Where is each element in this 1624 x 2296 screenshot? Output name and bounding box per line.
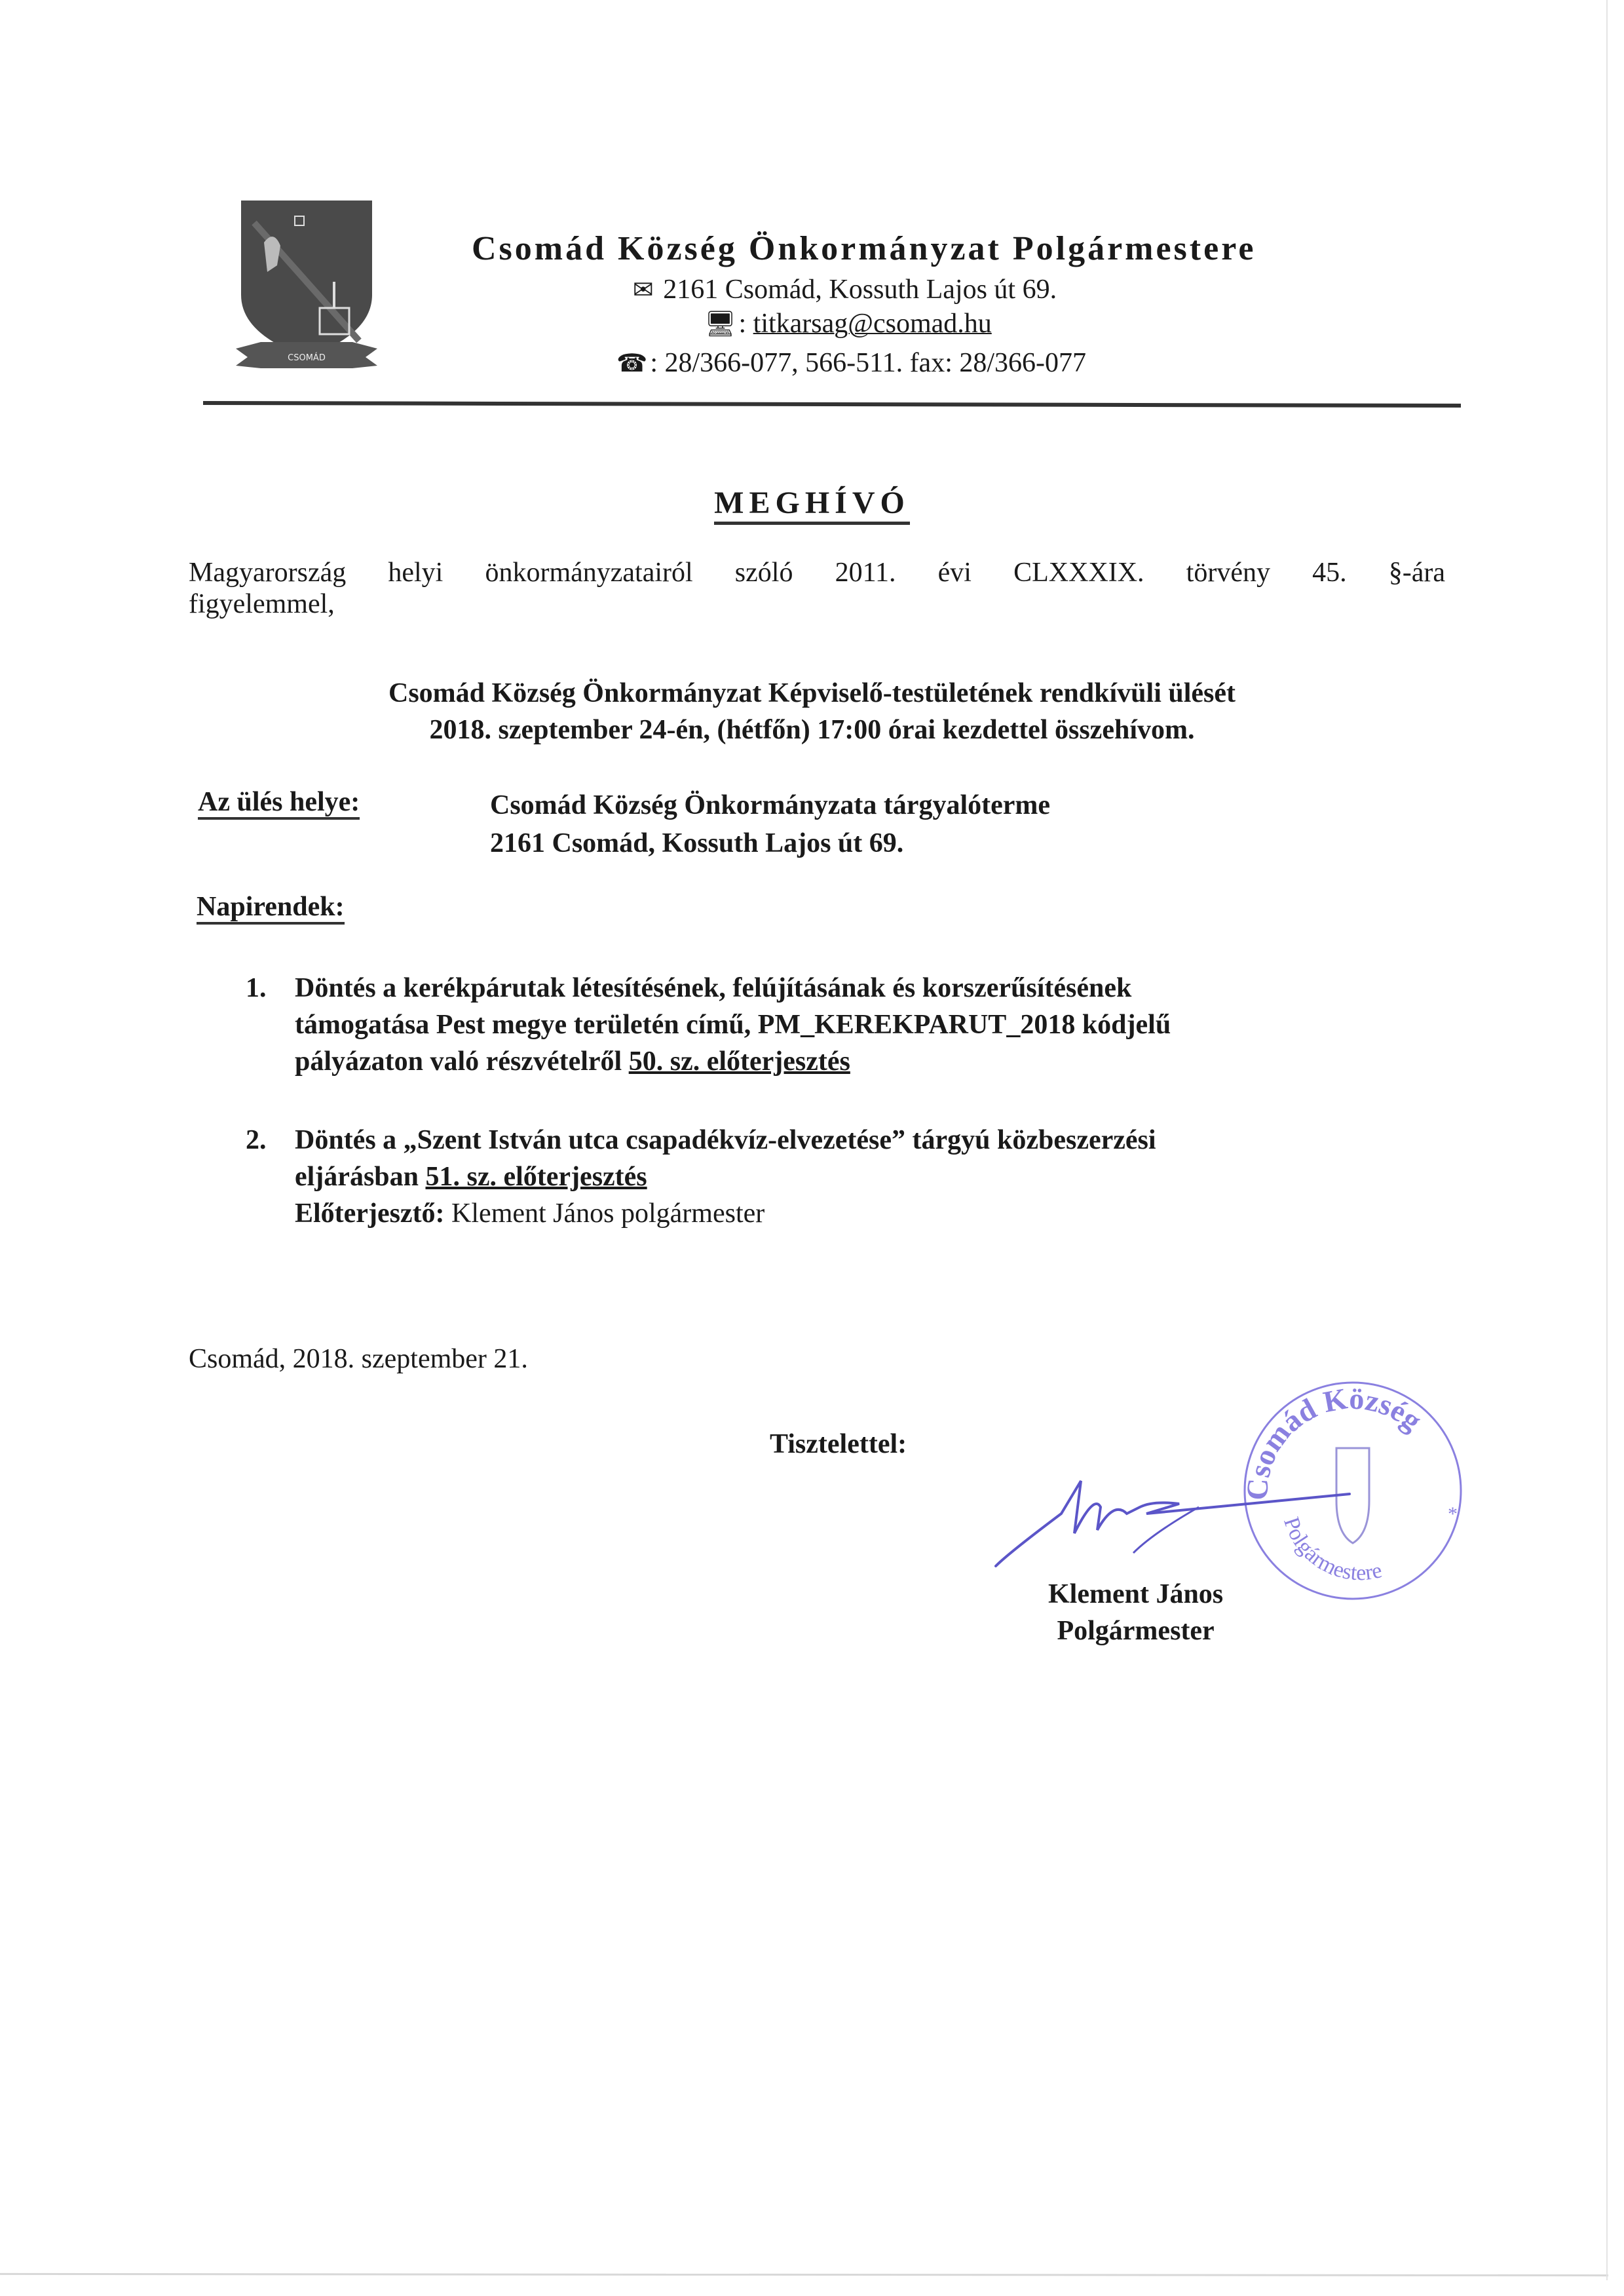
presenter-line: Előterjesztő: Klement János polgármester xyxy=(295,1195,1359,1232)
place-and-date: Csomád, 2018. szeptember 21. xyxy=(189,1343,528,1375)
agenda-item-line: eljárásban 51. sz. előterjesztés xyxy=(295,1158,1359,1195)
address-line: ✉ 2161 Csomád, Kossuth Lajos út 69. xyxy=(0,274,1624,305)
convene-line-1: Csomád Község Önkormányzat Képviselő-tes… xyxy=(0,675,1624,712)
agenda-item: 1. Döntés a kerékpárutak létesítésének, … xyxy=(246,970,1359,1080)
closing-greeting: Tisztelettel: xyxy=(770,1428,907,1460)
handwritten-signature xyxy=(983,1455,1441,1586)
email-link[interactable]: titkarsag@csomad.hu xyxy=(753,309,992,339)
email-line: 🖥: titkarsag@csomad.hu xyxy=(0,308,1624,339)
convene-line-2: 2018. szeptember 24-én, (hétfőn) 17:00 ó… xyxy=(0,712,1624,748)
presenter-name: Klement János polgármester xyxy=(445,1198,765,1229)
scan-edge-bottom xyxy=(0,2273,1608,2276)
agenda-label: Napirendek: xyxy=(197,891,345,923)
agenda-item-line: támogatása Pest megye területén című, PM… xyxy=(295,1006,1359,1043)
signatory-block: Klement János Polgármester xyxy=(1048,1576,1223,1649)
scan-edge-right xyxy=(1606,0,1608,2280)
document-title: MEGHÍVÓ xyxy=(0,485,1624,521)
agenda-item-number: 1. xyxy=(246,970,267,1006)
intro-line-2: figyelemmel, xyxy=(189,589,335,619)
phone-text: : 28/366-077, 566-511. fax: 28/366-077 xyxy=(650,348,1086,378)
convening-statement: Csomád Község Önkormányzat Képviselő-tes… xyxy=(0,675,1624,748)
intro-line-1: Magyarország helyi önkormányzatairól szó… xyxy=(189,557,1445,588)
agenda-item: 2. Döntés a „Szent István utca csapadékv… xyxy=(246,1122,1359,1232)
envelope-icon: ✉ xyxy=(633,275,654,305)
letterhead-divider xyxy=(203,401,1461,408)
proposal-50-link[interactable]: 50. sz. előterjesztés xyxy=(629,1046,850,1077)
proposal-51-link[interactable]: 51. sz. előterjesztés xyxy=(426,1162,647,1192)
organization-name: Csomád Község Önkormányzat Polgármestere xyxy=(472,229,1402,268)
venue-label: Az ülés helye: xyxy=(198,786,360,818)
signatory-title: Polgármester xyxy=(1048,1613,1223,1649)
address-text: 2161 Csomád, Kossuth Lajos út 69. xyxy=(663,275,1057,305)
phone-line: ☎: 28/366-077, 566-511. fax: 28/366-077 xyxy=(0,347,1624,379)
telephone-icon: ☎ xyxy=(616,349,647,378)
svg-text:*: * xyxy=(1448,1503,1458,1525)
legal-basis-paragraph: Magyarország helyi önkormányzatairól szó… xyxy=(189,557,1445,620)
venue-line-1: Csomád Község Önkormányzata tárgyalóterm… xyxy=(490,786,1050,824)
agenda-item-line: Döntés a „Szent István utca csapadékvíz-… xyxy=(295,1122,1359,1158)
venue-line-2: 2161 Csomád, Kossuth Lajos út 69. xyxy=(490,824,1050,862)
agenda-item-line: pályázaton való részvételről 50. sz. elő… xyxy=(295,1043,1359,1080)
venue-value: Csomád Község Önkormányzata tárgyalóterm… xyxy=(490,786,1050,862)
agenda-item-line: Döntés a kerékpárutak létesítésének, fel… xyxy=(295,970,1359,1006)
agenda-item-number: 2. xyxy=(246,1122,267,1158)
computer-icon: 🖥 xyxy=(704,310,736,339)
email-prefix: : xyxy=(738,309,746,339)
presenter-label: Előterjesztő: xyxy=(295,1198,445,1229)
signatory-name: Klement János xyxy=(1048,1576,1223,1613)
